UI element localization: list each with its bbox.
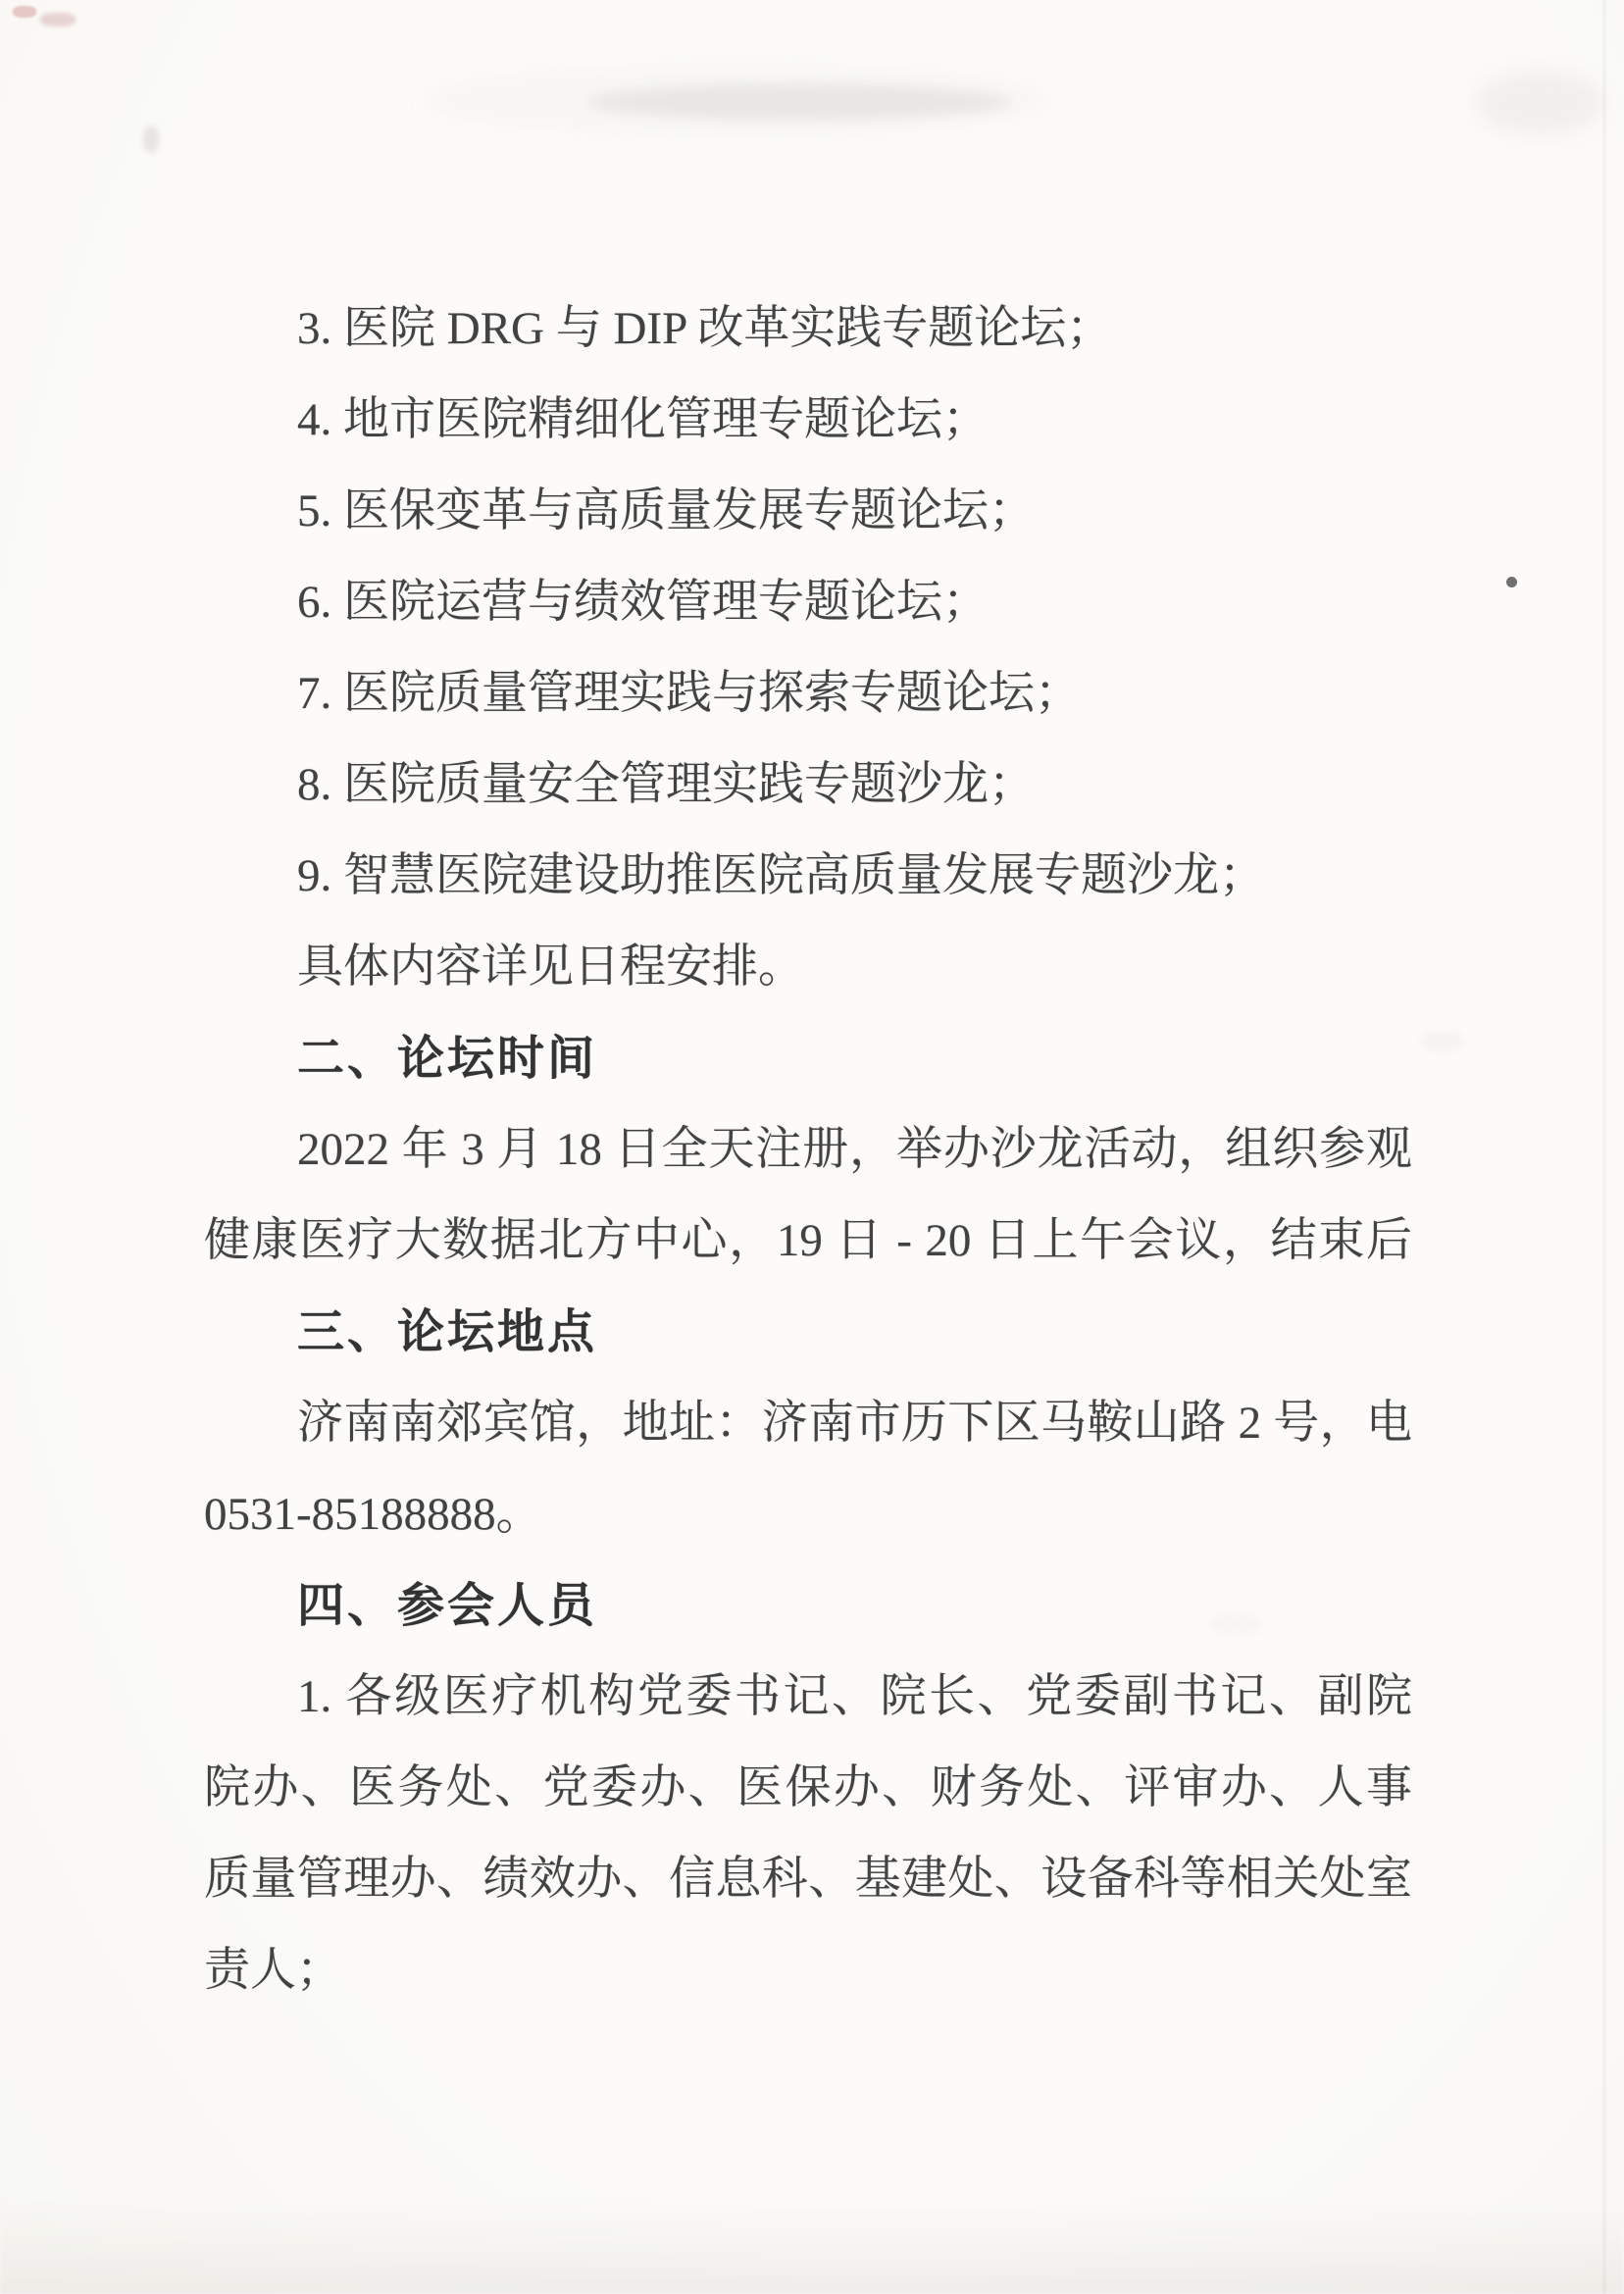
section-heading-forum-location: 三、论坛地点 <box>204 1287 1412 1378</box>
red-stamp-smudge <box>13 6 36 18</box>
participants-line-4: 责人； <box>204 1925 1412 2016</box>
bleed-through-ghost <box>422 65 1049 135</box>
agenda-item-4: 4. 地市医院精细化管理专题论坛； <box>204 375 1412 466</box>
agenda-item-7: 7. 医院质量管理实践与探索专题论坛； <box>204 648 1412 739</box>
participants-line-1: 1. 各级医疗机构党委书记、院长、党委副书记、副院长， <box>204 1652 1412 1743</box>
agenda-item-3: 3. 医院 DRG 与 DIP 改革实践专题论坛； <box>204 283 1412 375</box>
scan-smudge <box>588 84 1010 120</box>
scan-smudge <box>1476 71 1603 135</box>
forum-location-line-1: 济南南郊宾馆，地址：济南市历下区马鞍山路 2 号，电话： <box>204 1378 1412 1469</box>
ink-speck <box>1506 577 1517 587</box>
paper-edge-shadow <box>1602 0 1606 2294</box>
section-heading-forum-time: 二、论坛时间 <box>204 1013 1412 1104</box>
section-heading-participants: 四、参会人员 <box>204 1560 1412 1652</box>
red-stamp-smudge <box>40 13 76 26</box>
document-body: 3. 医院 DRG 与 DIP 改革实践专题论坛； 4. 地市医院精细化管理专题… <box>204 283 1412 2016</box>
scan-noise-band <box>0 2202 1624 2294</box>
agenda-item-8: 8. 医院质量安全管理实践专题沙龙； <box>204 739 1412 831</box>
agenda-item-5: 5. 医保变革与高质量发展专题论坛； <box>204 466 1412 557</box>
scan-smudge <box>1420 1032 1465 1051</box>
forum-location-phone: 0531-85188888。 <box>204 1469 1412 1560</box>
participants-line-2: 院办、医务处、党委办、医保办、财务处、评审办、人事处、 <box>204 1743 1412 1834</box>
scanned-document-page: 3. 医院 DRG 与 DIP 改革实践专题论坛； 4. 地市医院精细化管理专题… <box>0 0 1624 2294</box>
forum-time-line-2: 健康医疗大数据北方中心，19 日 - 20 日上午会议，结束后撤离。 <box>204 1196 1412 1287</box>
agenda-item-9: 9. 智慧医院建设助推医院高质量发展专题沙龙； <box>204 831 1412 922</box>
agenda-item-6: 6. 医院运营与绩效管理专题论坛； <box>204 557 1412 648</box>
agenda-note: 具体内容详见日程安排。 <box>204 922 1412 1013</box>
scan-smudge <box>143 126 159 153</box>
forum-time-line-1: 2022 年 3 月 18 日全天注册，举办沙龙活动，组织参观国家 <box>204 1104 1412 1196</box>
participants-line-3: 质量管理办、绩效办、信息科、基建处、设备科等相关处室负 <box>204 1834 1412 1925</box>
